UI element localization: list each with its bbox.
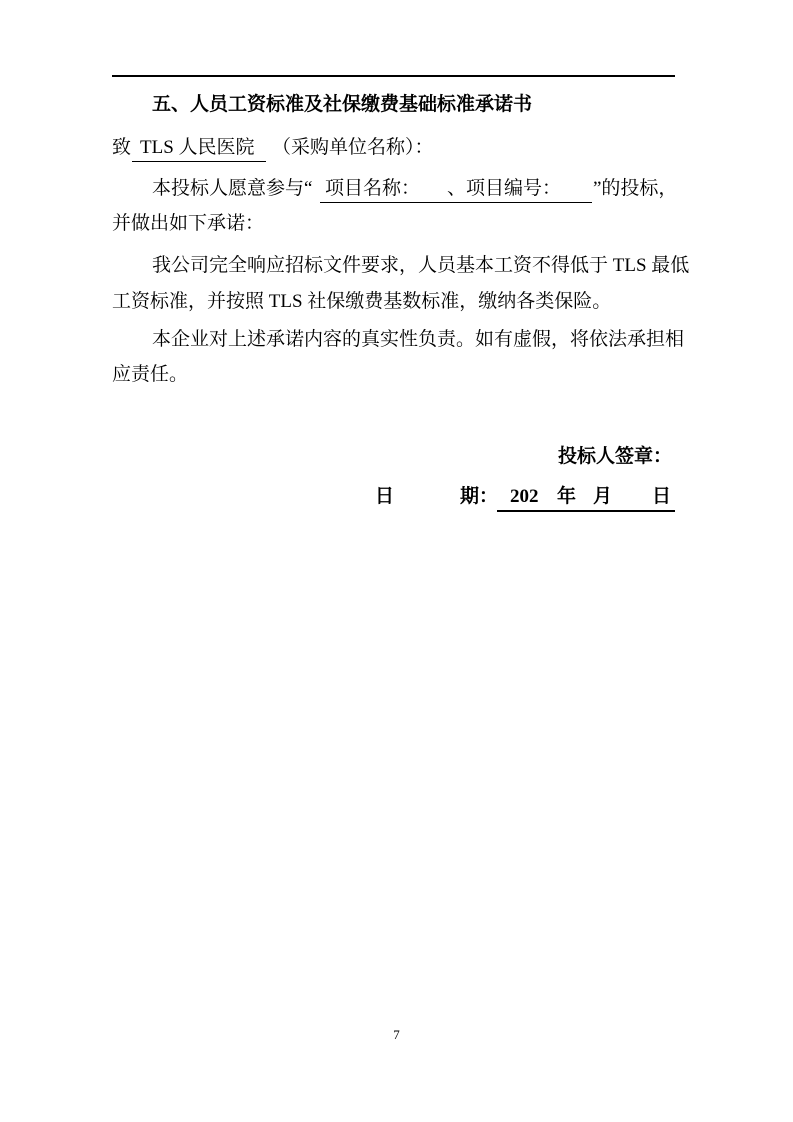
page-number: 7 [0, 1027, 793, 1043]
wage-commitment-line1: 我公司完全响应招标文件要求，人员基本工资不得低于 TLS 最低 [152, 254, 689, 278]
header-rule [112, 75, 675, 77]
recipient-name: TLS 人民医院 [140, 136, 255, 160]
liability-line1: 本企业对上述承诺内容的真实性负责。如有虚假，将依法承担相 [152, 328, 684, 352]
project-name-label: 项目名称： [325, 177, 420, 201]
wage-commitment-line2: 工资标准，并按照 TLS 社保缴费基数标准，缴纳各类保险。 [112, 290, 611, 314]
date-label-qi: 期： [460, 485, 498, 509]
date-year-prefix: 202 [510, 485, 539, 509]
date-label-ri: 日 [375, 485, 394, 509]
bid-intro-line1-suffix: ”的投标， [593, 177, 677, 201]
date-day-unit: 日 [652, 485, 671, 509]
bid-intro-line2: 并做出如下承诺： [112, 212, 264, 236]
signature-label: 投标人签章： [558, 445, 672, 469]
document-title: 五、人员工资标准及社保缴费基础标准承诺书 [152, 93, 532, 117]
date-year-unit: 年 [557, 485, 576, 509]
liability-line2: 应责任。 [112, 363, 188, 387]
salutation-suffix: （采购单位名称）： [272, 136, 434, 160]
bid-intro-line1-prefix: 本投标人愿意参与“ [152, 177, 312, 201]
document-page: 五、人员工资标准及社保缴费基础标准承诺书 致 TLS 人民医院 （采购单位名称）… [0, 0, 793, 1122]
date-month-unit: 月 [593, 485, 612, 509]
project-number-label: 、项目编号： [447, 177, 561, 201]
salutation-prefix: 致 [112, 136, 131, 160]
